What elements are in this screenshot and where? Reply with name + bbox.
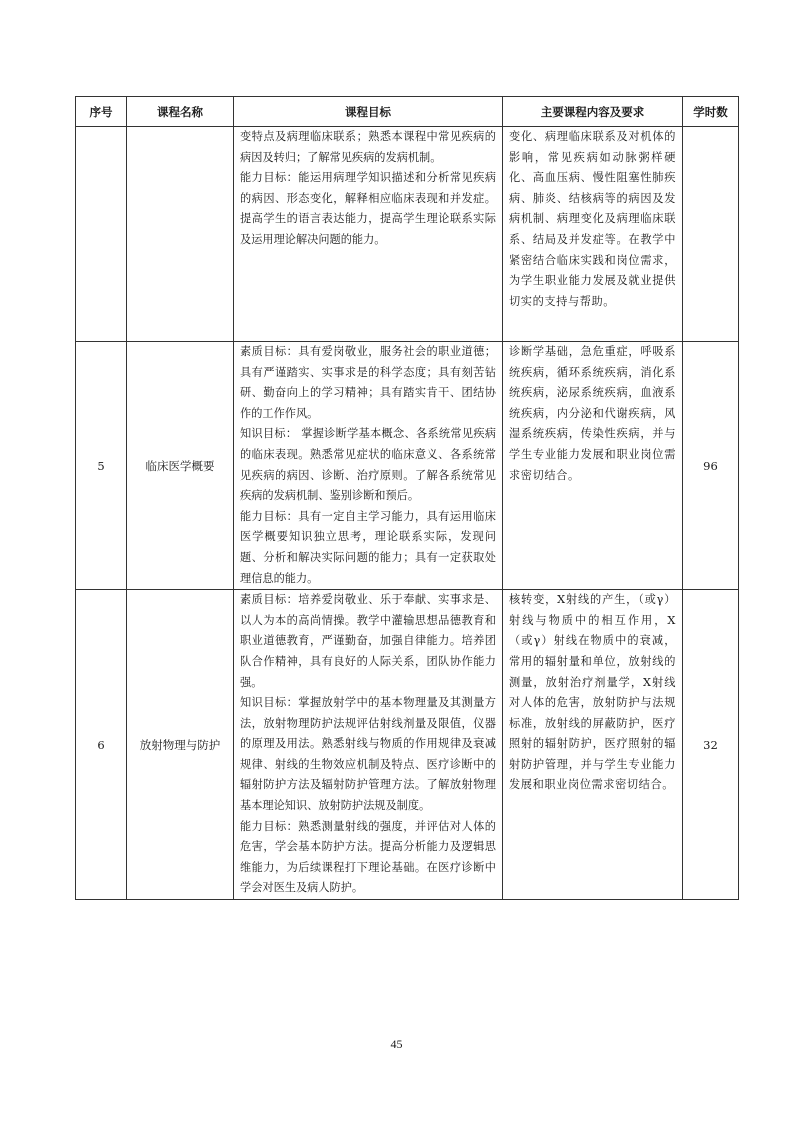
- goal-paragraph: 能力目标：具有一定自主学习能力，具有运用临床医学概要知识独立思考，理论联系实际，…: [240, 507, 496, 589]
- table-row: 5 临床医学概要 素质目标：具有爱岗敬业，服务社会的职业道德；具有严谨踏实、实事…: [76, 342, 739, 590]
- header-serial: 序号: [76, 97, 127, 127]
- cell-hours: [683, 127, 739, 342]
- goal-paragraph: 知识目标：掌握放射学中的基本物理量及其测量方法，放射物理防护法规评估射线剂量及限…: [240, 693, 496, 817]
- cell-serial: 6: [76, 590, 127, 900]
- goal-paragraph: 能力目标：能运用病理学知识描述和分析常见疾病的病因、形态变化，解释相应临床表现和…: [240, 168, 496, 250]
- cell-course-name: [127, 127, 234, 342]
- cell-course-name: 临床医学概要: [127, 342, 234, 590]
- header-course-goal: 课程目标: [234, 97, 503, 127]
- header-hours: 学时数: [683, 97, 739, 127]
- goal-paragraph: 能力目标：熟悉测量射线的强度，并评估对人体的危害，学会基本防护方法。提高分析能力…: [240, 817, 496, 899]
- cell-serial: [76, 127, 127, 342]
- cell-course-content: 核转变，X射线的产生，（或γ）射线与物质中的相互作用，X（或γ）射线在物质中的衰…: [503, 590, 683, 900]
- table-row: 变特点及病理临床联系；熟悉本课程中常见疾病的病因及转归；了解常见疾病的发病机制。…: [76, 127, 739, 342]
- cell-hours: 32: [683, 590, 739, 900]
- course-table: 序号 课程名称 课程目标 主要课程内容及要求 学时数 变特点及病理临床联系；熟悉…: [75, 96, 739, 900]
- goal-paragraph: 变特点及病理临床联系；熟悉本课程中常见疾病的病因及转归；了解常见疾病的发病机制。: [240, 127, 496, 168]
- table-row: 6 放射物理与防护 素质目标：培养爱岗敬业、乐于奉献、实事求是、以人为本的高尚情…: [76, 590, 739, 900]
- cell-course-content: 变化、病理临床联系及对机体的影响，常见疾病如动脉粥样硬化、高血压病、慢性阻塞性肺…: [503, 127, 683, 342]
- cell-serial: 5: [76, 342, 127, 590]
- cell-course-goal: 变特点及病理临床联系；熟悉本课程中常见疾病的病因及转归；了解常见疾病的发病机制。…: [234, 127, 503, 342]
- cell-course-name: 放射物理与防护: [127, 590, 234, 900]
- goal-paragraph: 素质目标：培养爱岗敬业、乐于奉献、实事求是、以人为本的高尚情操。教学中灌输思想品…: [240, 590, 496, 693]
- cell-course-goal: 素质目标：培养爱岗敬业、乐于奉献、实事求是、以人为本的高尚情操。教学中灌输思想品…: [234, 590, 503, 900]
- goal-paragraph: 素质目标：具有爱岗敬业，服务社会的职业道德；具有严谨踏实、实事求是的科学态度；具…: [240, 342, 496, 424]
- cell-course-goal: 素质目标：具有爱岗敬业，服务社会的职业道德；具有严谨踏实、实事求是的科学态度；具…: [234, 342, 503, 590]
- cell-hours: 96: [683, 342, 739, 590]
- page-number: 45: [0, 1037, 793, 1052]
- header-course-content: 主要课程内容及要求: [503, 97, 683, 127]
- goal-paragraph: 知识目标： 掌握诊断学基本概念、各系统常见疾病的临床表现。熟悉常见症状的临床意义…: [240, 424, 496, 506]
- cell-course-content: 诊断学基础，急危重症，呼吸系统疾病，循环系统疾病，消化系统疾病，泌尿系统疾病，血…: [503, 342, 683, 590]
- header-course-name: 课程名称: [127, 97, 234, 127]
- table-header-row: 序号 课程名称 课程目标 主要课程内容及要求 学时数: [76, 97, 739, 127]
